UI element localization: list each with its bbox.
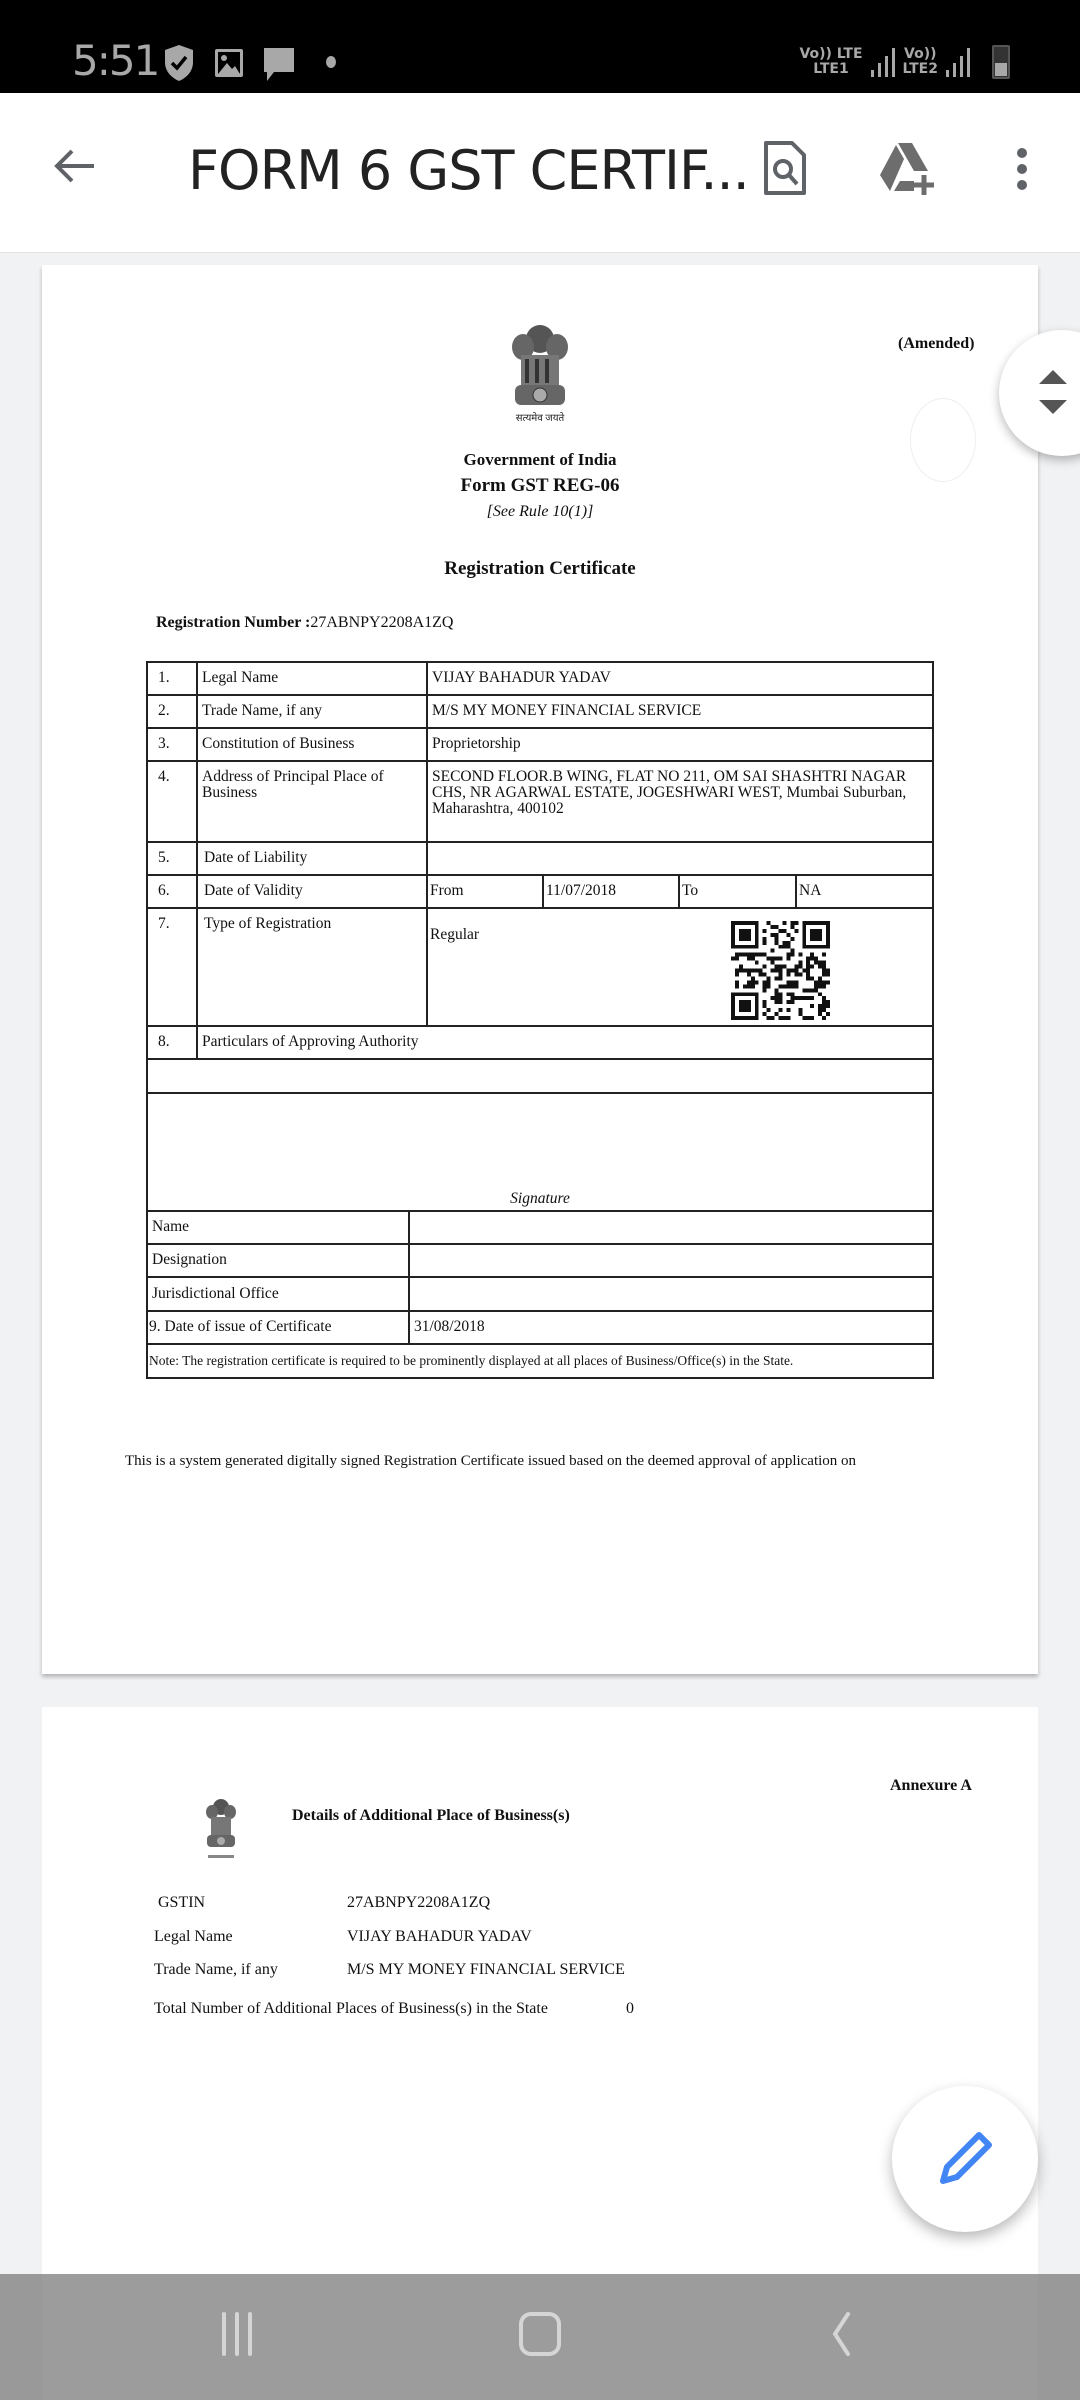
status-right: Vo)) LTE LTE1 Vo)) LTE2 bbox=[799, 42, 1010, 82]
find-in-document-icon bbox=[762, 141, 808, 197]
arrow-up-icon bbox=[1039, 370, 1067, 384]
pdf-page-1[interactable]: सत्यमेव जयते (Amended) Government of Ind… bbox=[42, 265, 1038, 1674]
certificate-title: Registration Certificate bbox=[42, 558, 1038, 580]
display-note: Note: The registration certificate is re… bbox=[149, 1353, 793, 1369]
total-places-value: 0 bbox=[626, 2000, 634, 2018]
validity-from-label: From bbox=[430, 883, 464, 899]
validity-to-value: NA bbox=[799, 883, 821, 899]
government-line: Government of India bbox=[42, 450, 1038, 470]
sim2-label-bottom: LTE2 bbox=[903, 62, 938, 77]
trade-name-label: Trade Name, if any bbox=[154, 1961, 278, 1979]
more-vert-icon bbox=[1012, 141, 1032, 197]
sim2-label-top: Vo)) bbox=[903, 47, 938, 62]
row-6-label: Date of Validity bbox=[204, 883, 303, 899]
status-bar: 5:51 Vo)) LTE LTE1 Vo)) LTE2 bbox=[0, 0, 1080, 93]
legal-name-label: Legal Name bbox=[154, 1928, 233, 1946]
registration-table: 1. Legal Name VIJAY BAHADUR YADAV 2. Tra… bbox=[146, 661, 934, 1381]
jurisdictional-office-label: Jurisdictional Office bbox=[152, 1286, 279, 1302]
row-4-label: Address of Principal Place of Business bbox=[202, 769, 417, 801]
find-in-document-button[interactable] bbox=[745, 129, 825, 209]
validity-from-value: 11/07/2018 bbox=[546, 883, 616, 899]
row-3-no: 3. bbox=[158, 736, 170, 752]
app-bar: FORM 6 GST CERTIF... bbox=[0, 93, 1080, 253]
edit-button[interactable] bbox=[892, 2086, 1038, 2232]
status-time: 5:51 bbox=[72, 36, 158, 85]
registration-type-value: Regular bbox=[430, 927, 479, 943]
authority-designation-label: Designation bbox=[152, 1252, 227, 1268]
row-5-label: Date of Liability bbox=[204, 850, 307, 866]
row-1-no: 1. bbox=[158, 670, 170, 686]
document-title: FORM 6 GST CERTIF... bbox=[188, 139, 749, 202]
row-8-no: 8. bbox=[158, 1034, 170, 1050]
total-places-label: Total Number of Additional Places of Bus… bbox=[154, 2000, 548, 2018]
system-nav-bar bbox=[0, 2274, 1080, 2400]
row-4-no: 4. bbox=[158, 769, 170, 785]
chat-icon bbox=[262, 46, 296, 82]
issue-date-label: 9. Date of issue of Certificate bbox=[149, 1319, 332, 1335]
validity-to-label: To bbox=[682, 883, 698, 899]
image-icon bbox=[214, 48, 244, 78]
legal-name-value: VIJAY BAHADUR YADAV bbox=[432, 670, 611, 686]
shield-check-icon bbox=[163, 44, 195, 82]
sim2-network: Vo)) LTE2 bbox=[903, 47, 938, 77]
recents-button[interactable] bbox=[187, 2294, 287, 2374]
battery-icon bbox=[992, 45, 1010, 79]
additional-places-title: Details of Additional Place of Business(… bbox=[292, 1807, 570, 1825]
back-button[interactable] bbox=[46, 138, 102, 194]
signal-bars-icon bbox=[944, 46, 972, 78]
home-button[interactable] bbox=[490, 2294, 590, 2374]
registration-number-label: Registration Number : bbox=[156, 614, 310, 631]
sim1-label-bottom: LTE1 bbox=[799, 62, 862, 77]
recents-icon bbox=[212, 2309, 262, 2359]
page-indicator-bubble bbox=[910, 398, 976, 482]
issue-date-value: 31/08/2018 bbox=[414, 1319, 485, 1335]
system-generated-note: This is a system generated digitally sig… bbox=[125, 1453, 856, 1470]
legal-name-value: VIJAY BAHADUR YADAV bbox=[347, 1928, 532, 1946]
row-8-label: Particulars of Approving Authority bbox=[202, 1034, 419, 1050]
row-1-label: Legal Name bbox=[202, 670, 278, 686]
sim1-label-top: Vo)) LTE bbox=[799, 47, 862, 62]
home-icon bbox=[515, 2309, 565, 2359]
constitution-value: Proprietorship bbox=[432, 736, 521, 752]
form-title: Form GST REG-06 bbox=[42, 475, 1038, 497]
back-icon bbox=[815, 2309, 865, 2359]
gstin-label: GSTIN bbox=[158, 1894, 205, 1912]
qr-code[interactable] bbox=[731, 921, 830, 1020]
annexure-label: Annexure A bbox=[890, 1777, 972, 1795]
national-emblem-icon: सत्यमेव जयते bbox=[505, 317, 575, 425]
trade-name-value: M/S MY MONEY FINANCIAL SERVICE bbox=[432, 703, 701, 719]
row-7-no: 7. bbox=[158, 916, 170, 932]
signal-bars-icon bbox=[869, 46, 897, 78]
registration-number: Registration Number :27ABNPY2208A1ZQ bbox=[156, 614, 453, 632]
rule-reference: [See Rule 10(1)] bbox=[42, 503, 1038, 521]
row-3-label: Constitution of Business bbox=[202, 736, 354, 752]
registration-number-value: 27ABNPY2208A1ZQ bbox=[310, 614, 453, 631]
sim1-network: Vo)) LTE LTE1 bbox=[799, 47, 862, 77]
national-emblem-icon bbox=[202, 1795, 240, 1865]
edit-pencil-icon bbox=[937, 2131, 993, 2187]
trade-name-value: M/S MY MONEY FINANCIAL SERVICE bbox=[347, 1961, 625, 1979]
signature-label: Signature bbox=[146, 1190, 934, 1208]
row-7-label: Type of Registration bbox=[204, 916, 331, 932]
system-back-button[interactable] bbox=[790, 2294, 890, 2374]
emblem-motto: सत्यमेव जयते bbox=[516, 412, 565, 424]
arrow-back-icon bbox=[50, 142, 98, 190]
dot-icon bbox=[326, 56, 336, 68]
row-2-no: 2. bbox=[158, 703, 170, 719]
row-2-label: Trade Name, if any bbox=[202, 703, 322, 719]
arrow-down-icon bbox=[1039, 400, 1067, 414]
row-5-no: 5. bbox=[158, 850, 170, 866]
address-value: SECOND FLOOR.B WING, FLAT NO 211, OM SAI… bbox=[432, 769, 912, 817]
row-6-no: 6. bbox=[158, 883, 170, 899]
more-options-button[interactable] bbox=[982, 129, 1062, 209]
save-to-drive-icon bbox=[878, 141, 938, 197]
gstin-value: 27ABNPY2208A1ZQ bbox=[347, 1894, 490, 1912]
amended-label: (Amended) bbox=[898, 335, 974, 353]
authority-name-label: Name bbox=[152, 1219, 189, 1235]
save-to-drive-button[interactable] bbox=[868, 129, 948, 209]
